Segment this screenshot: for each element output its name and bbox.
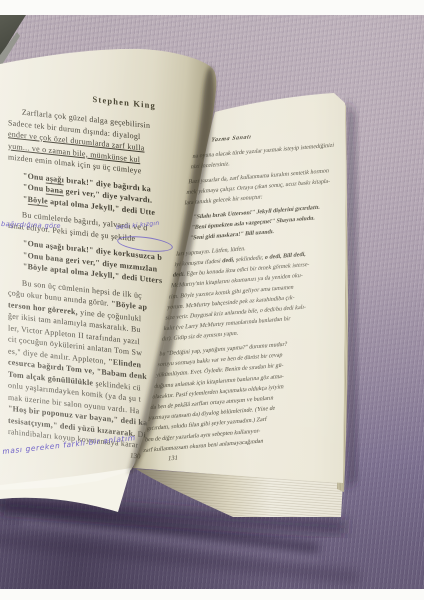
top-white-margin bbox=[0, 0, 424, 15]
left-page-number: 130 bbox=[130, 452, 141, 461]
right-page-number: 131 bbox=[168, 455, 178, 463]
bottom-white-margin bbox=[0, 589, 424, 600]
book-photo: Stephen King Zarflarla çok güzel dalga g… bbox=[0, 0, 424, 600]
